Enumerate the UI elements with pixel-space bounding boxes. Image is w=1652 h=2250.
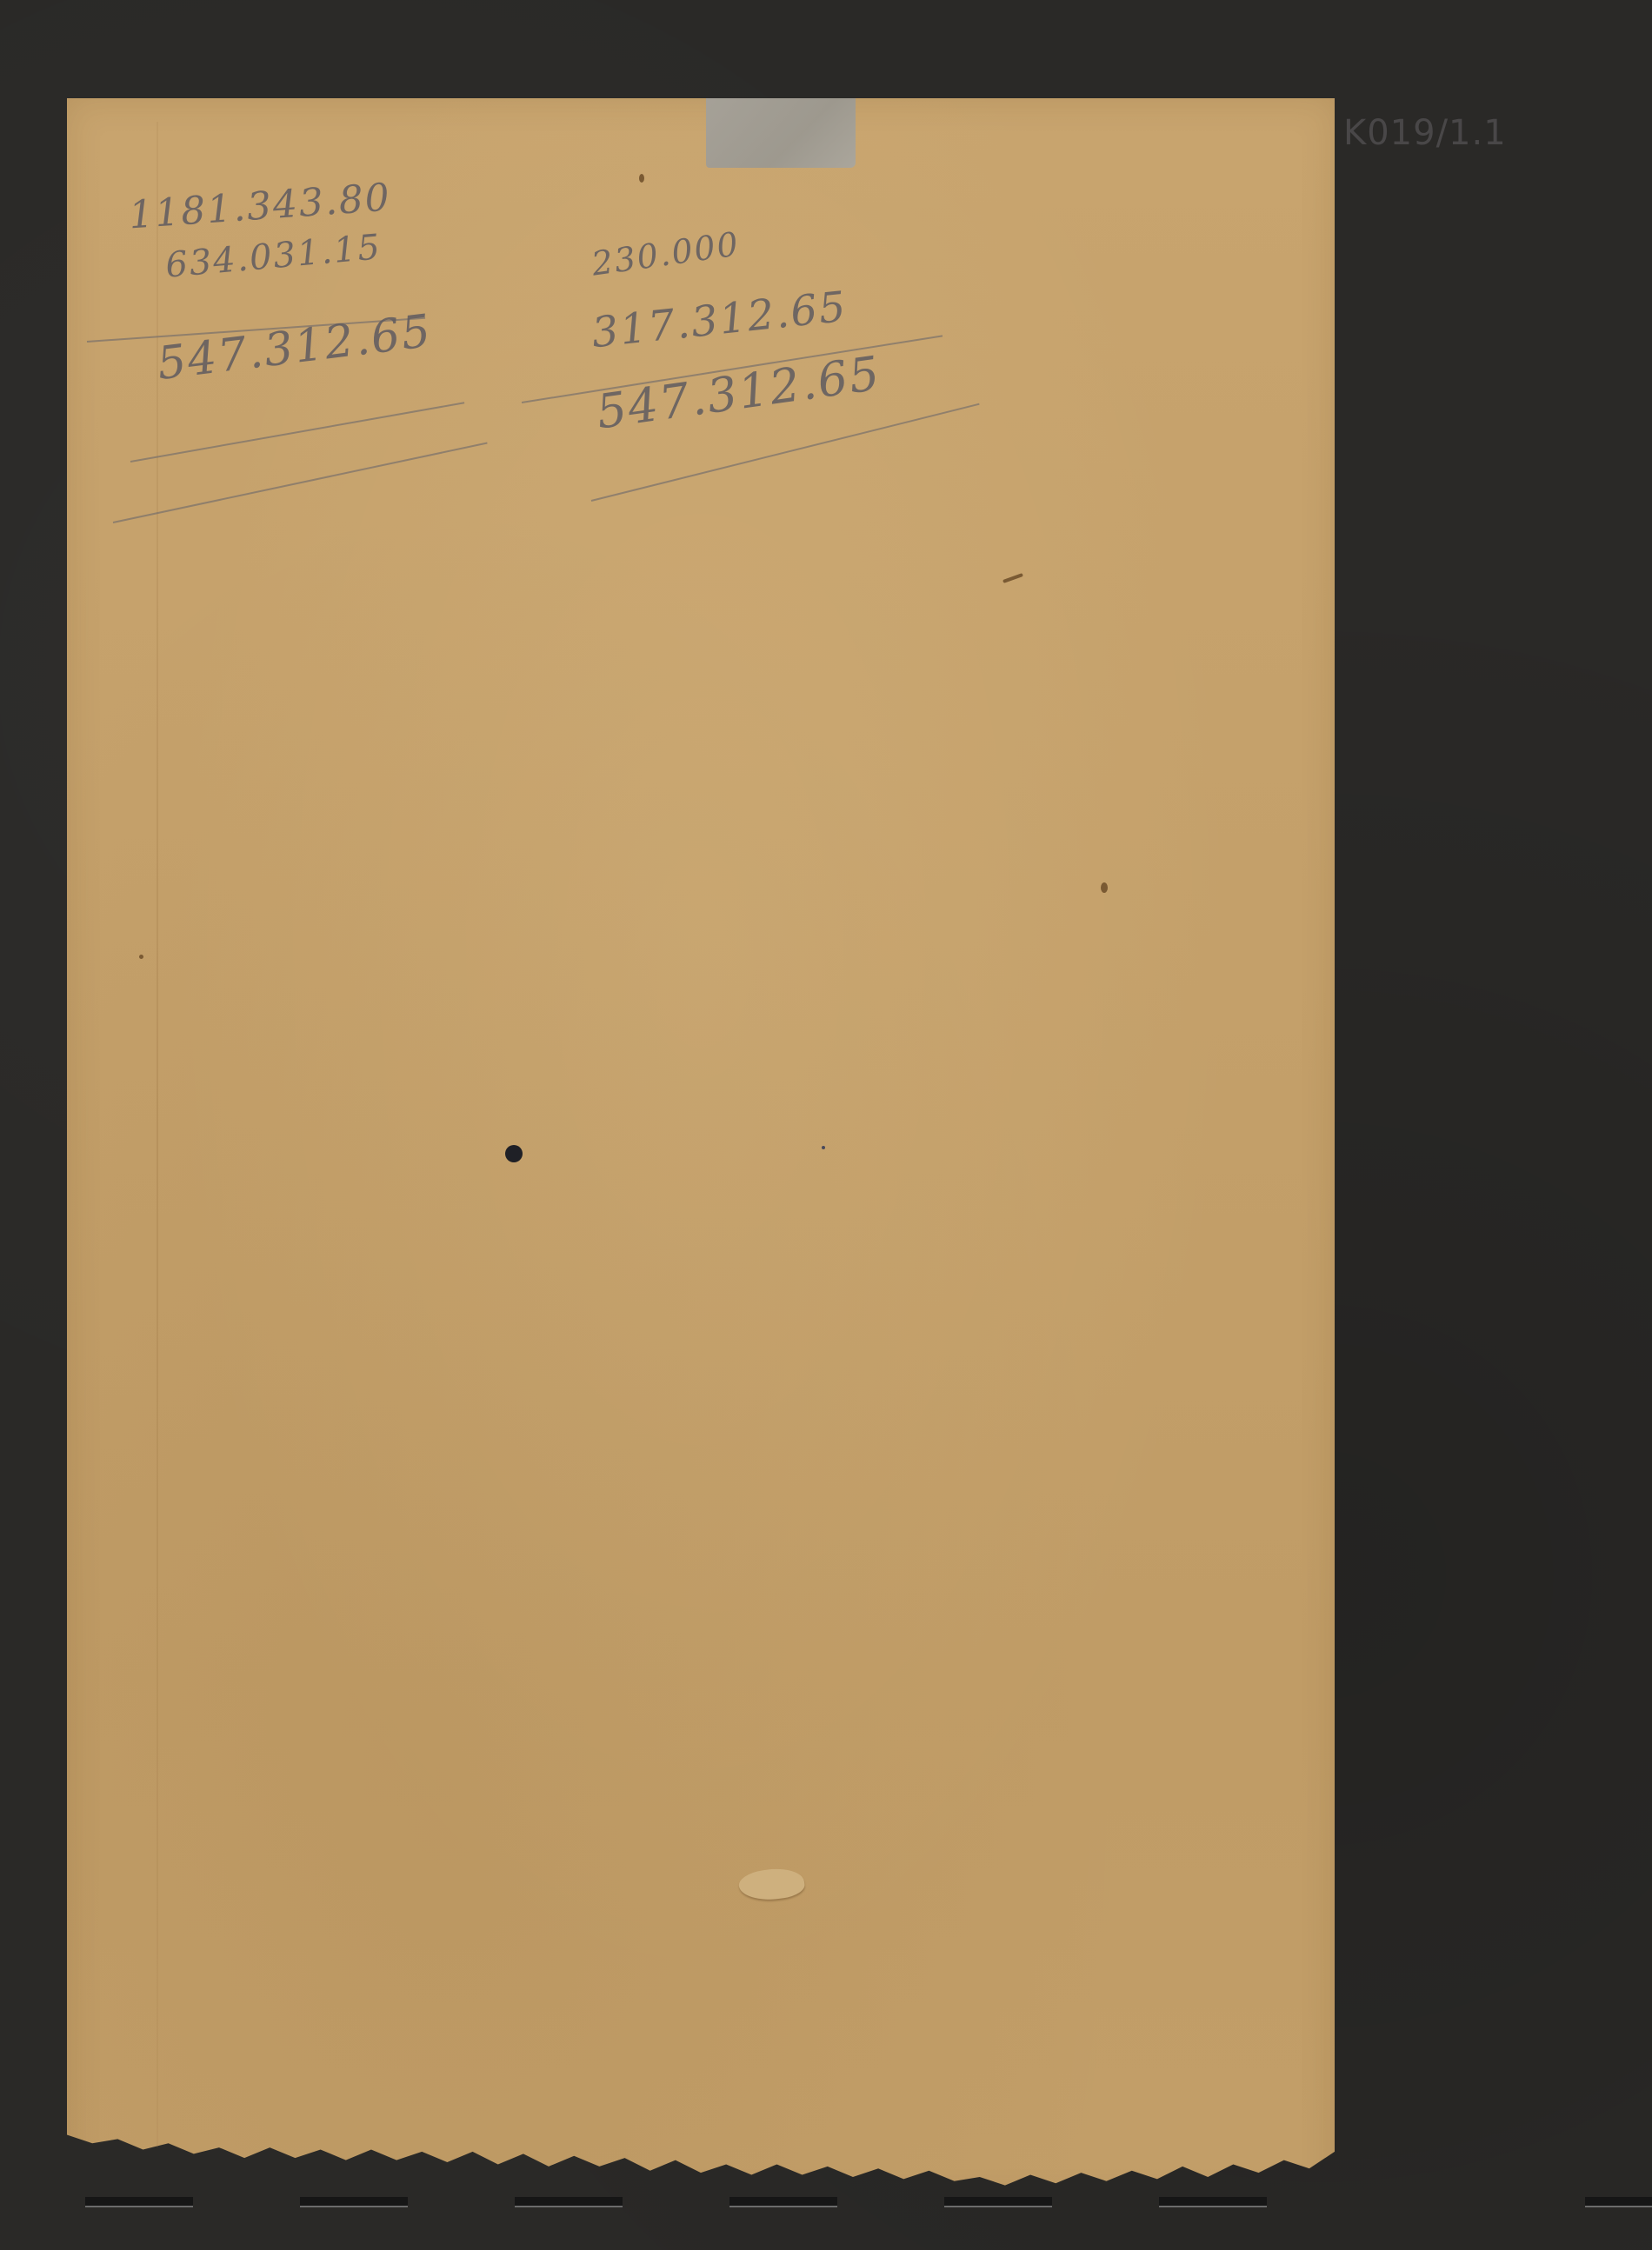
holder-perforation <box>85 2197 193 2207</box>
paper-speck <box>639 174 644 183</box>
catalog-number: K019/1.1 <box>1343 113 1507 153</box>
holder-perforation <box>1159 2197 1267 2207</box>
holder-perforation <box>1585 2197 1652 2207</box>
paper-speck <box>1101 882 1108 893</box>
holder-perforation <box>729 2197 837 2207</box>
holder-perforation <box>944 2197 1052 2207</box>
paper-speck <box>822 1146 825 1149</box>
holder-perforation <box>515 2197 623 2207</box>
holder-perforation <box>300 2197 408 2207</box>
paper-speck <box>139 955 143 959</box>
paper-fold-line <box>157 122 158 2147</box>
punch-hole <box>505 1145 523 1162</box>
adhesive-tape-strip <box>706 98 856 168</box>
